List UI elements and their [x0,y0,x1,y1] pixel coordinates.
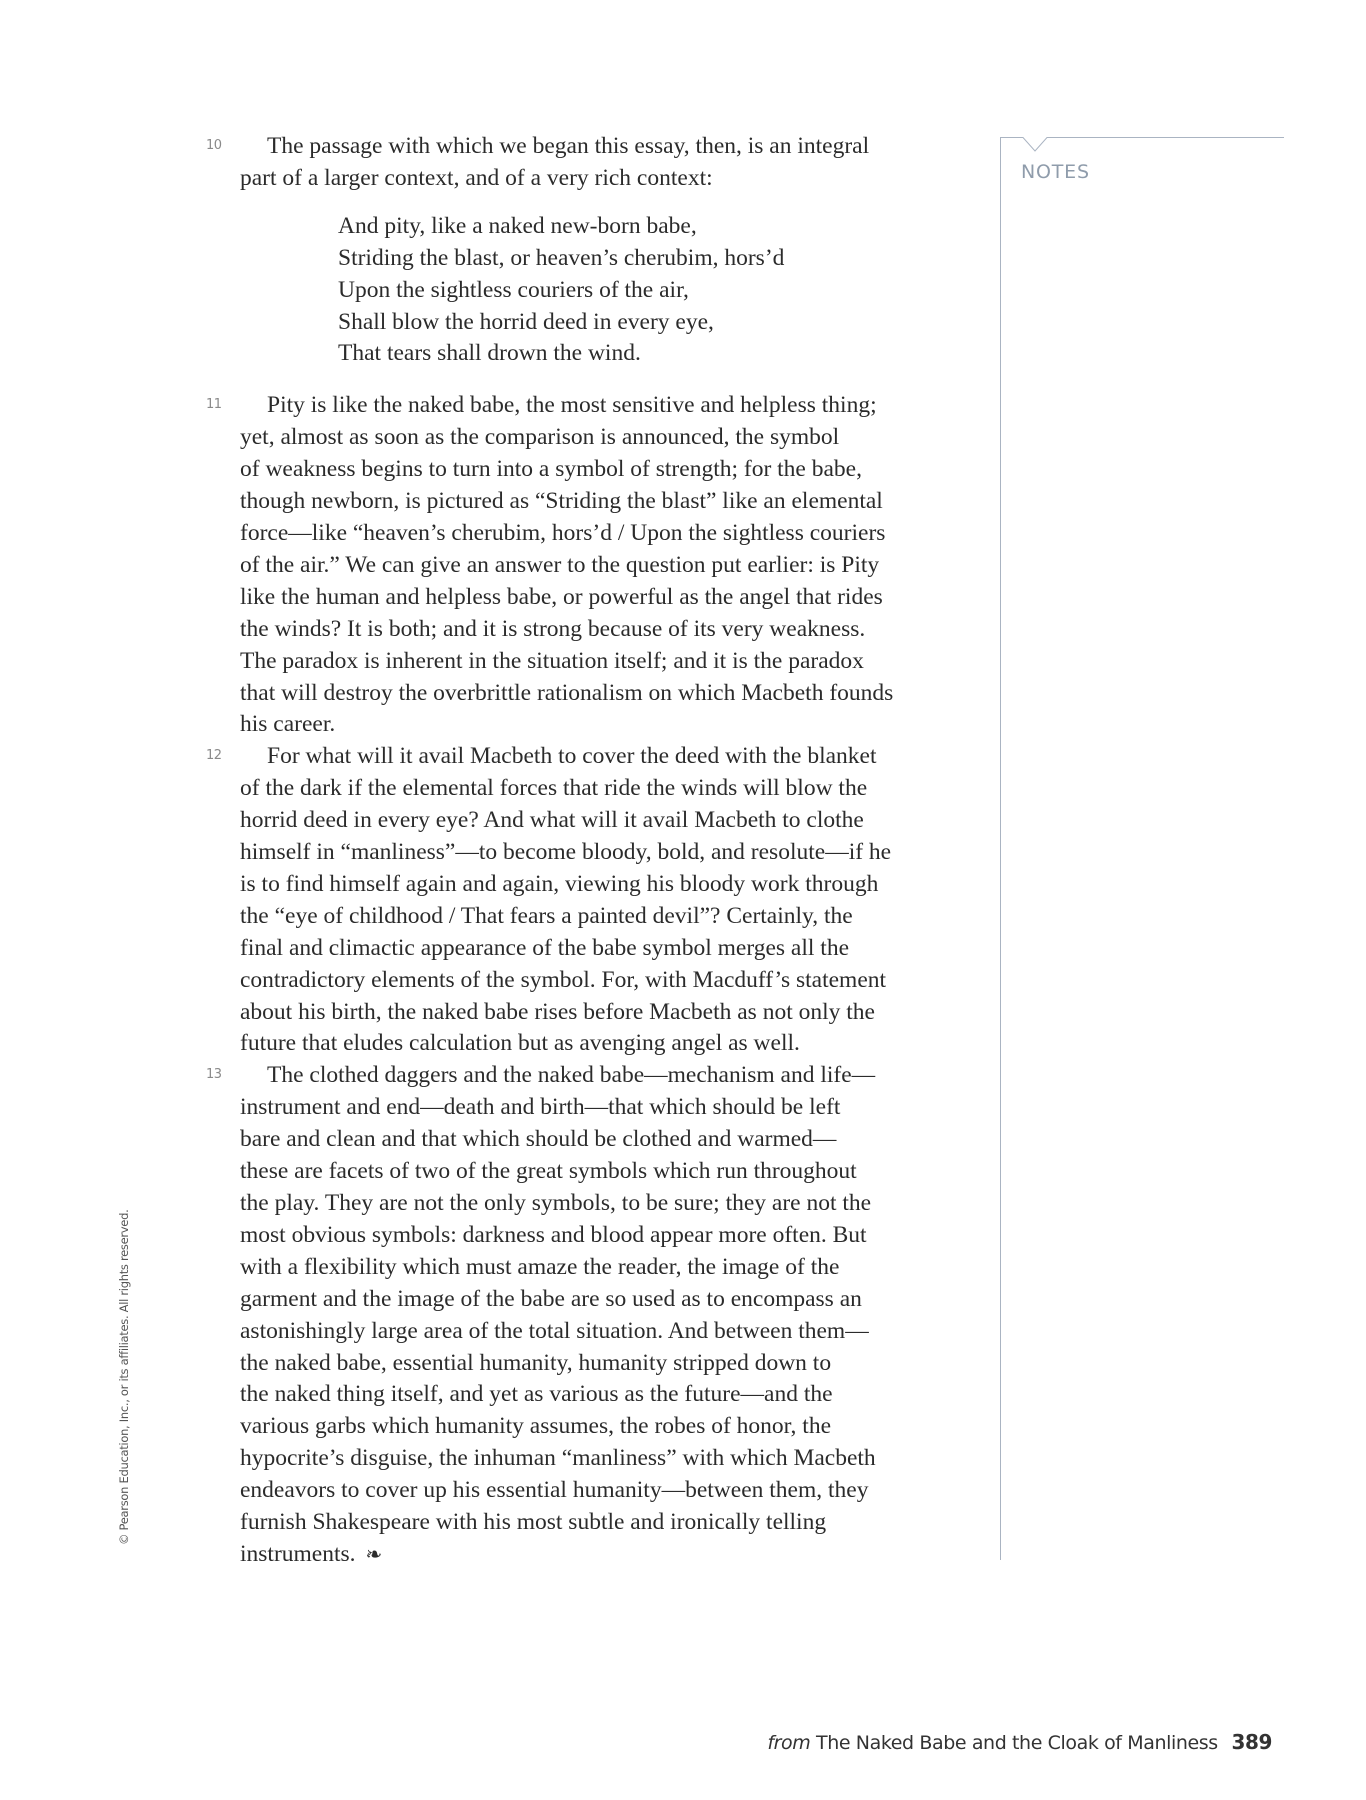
text-line: future that eludes calculation but as av… [240,1028,1000,1060]
text-line: the naked babe, essential humanity, huma… [240,1348,1000,1380]
text-line: is to find himself again and again, view… [240,869,1000,901]
copyright-notice: © Pearson Education, Inc., or its affili… [117,1210,131,1545]
text-line: endeavors to cover up his essential huma… [240,1475,1000,1507]
text-line: instrument and end—death and birth—that … [240,1092,1000,1124]
text-line: part of a larger context, and of a very … [240,163,1000,195]
text-line: of the dark if the elemental forces that… [240,773,1000,805]
text-line: contradictory elements of the symbol. Fo… [240,965,1000,997]
page: 10 The passage with which we began this … [0,0,1366,1800]
text-line: the “eye of childhood / That fears a pai… [240,901,1000,933]
notes-tab-notch-icon [1001,137,1284,157]
paragraph-number: 11 [206,395,222,415]
page-number: 389 [1231,1730,1272,1754]
text-line: the play. They are not the only symbols,… [240,1188,1000,1220]
text-line: astonishingly large area of the total si… [240,1316,1000,1348]
text-line: bare and clean and that which should be … [240,1124,1000,1156]
text-line: the winds? It is both; and it is strong … [240,614,1000,646]
verse-line: Shall blow the horrid deed in every eye, [338,307,1000,339]
verse-line: Upon the sightless couriers of the air, [338,275,1000,307]
text-line-content: instruments. [240,1541,356,1567]
notes-margin[interactable]: NOTES [1000,137,1284,1560]
text-line: of weakness begins to turn into a symbol… [240,454,1000,486]
text-line: that will destroy the overbrittle ration… [240,678,1000,710]
paragraph-number: 13 [206,1065,222,1085]
fleuron-end-mark-icon: ❧ [366,1544,383,1566]
footer-from: from [767,1732,810,1754]
text-line: hypocrite’s disguise, the inhuman “manli… [240,1443,1000,1475]
text-line: furnish Shakespeare with his most subtle… [240,1507,1000,1539]
notes-label: NOTES [1021,161,1090,183]
text-line: For what will it avail Macbeth to cover … [240,741,1000,773]
verse-line: That tears shall drown the wind. [338,338,1000,370]
text-line: with a flexibility which must amaze the … [240,1252,1000,1284]
text-line: himself in “manliness”—to become bloody,… [240,837,1000,869]
text-line: force—like “heaven’s cherubim, hors’d / … [240,518,1000,550]
text-line: though newborn, is pictured as “Striding… [240,486,1000,518]
page-footer: from The Naked Babe and the Cloak of Man… [767,1730,1272,1754]
text-line: The passage with which we began this ess… [240,131,1000,163]
text-line-last: instruments.❧ [240,1539,1000,1572]
text-line: of the air.” We can give an answer to th… [240,550,1000,582]
paragraph-number: 10 [206,136,222,156]
text-line: the naked thing itself, and yet as vario… [240,1379,1000,1411]
text-line: horrid deed in every eye? And what will … [240,805,1000,837]
text-line: most obvious symbols: darkness and blood… [240,1220,1000,1252]
text-line: final and climactic appearance of the ba… [240,933,1000,965]
text-line: garment and the image of the babe are so… [240,1284,1000,1316]
paragraph-11: 11 Pity is like the naked babe, the most… [240,390,1000,741]
essay-body: 10 The passage with which we began this … [240,131,1000,1572]
paragraph-13: 13 The clothed daggers and the naked bab… [240,1060,1000,1572]
text-line: yet, almost as soon as the comparison is… [240,422,1000,454]
text-line: The paradox is inherent in the situation… [240,646,1000,678]
footer-title: The Naked Babe and the Cloak of Manlines… [816,1732,1218,1754]
text-line: about his birth, the naked babe rises be… [240,997,1000,1029]
text-line: like the human and helpless babe, or pow… [240,582,1000,614]
verse-line: Striding the blast, or heaven’s cherubim… [338,243,1000,275]
paragraph-12: 12 For what will it avail Macbeth to cov… [240,741,1000,1060]
text-line: various garbs which humanity assumes, th… [240,1411,1000,1443]
verse-line: And pity, like a naked new-born babe, [338,211,1000,243]
paragraph-10: 10 The passage with which we began this … [240,131,1000,370]
text-line: The clothed daggers and the naked babe—m… [240,1060,1000,1092]
text-line: Pity is like the naked babe, the most se… [240,390,1000,422]
verse-quotation: And pity, like a naked new-born babe, St… [338,211,1000,371]
text-line: these are facets of two of the great sym… [240,1156,1000,1188]
text-line: his career. [240,709,1000,741]
paragraph-number: 12 [206,746,222,766]
